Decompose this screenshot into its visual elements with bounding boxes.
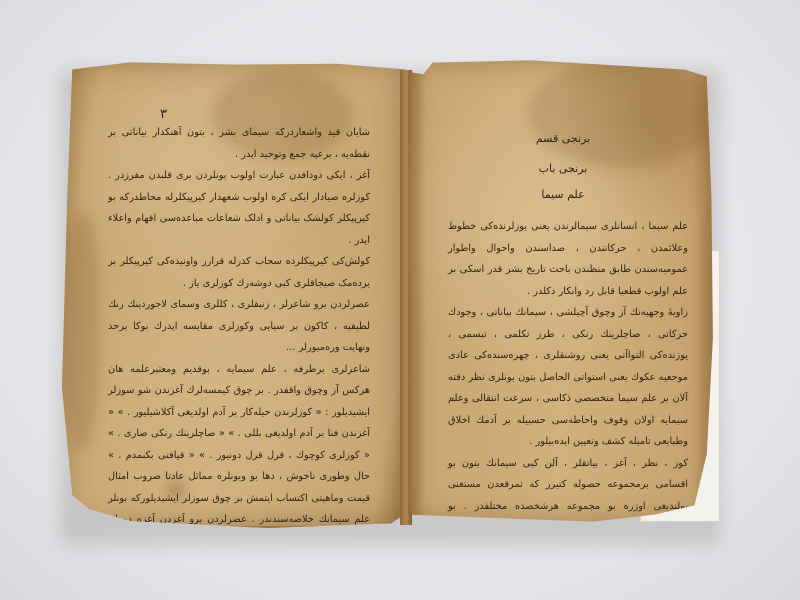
paragraph: عصرلردن برو شاعرلر ، زنبقلری ، کللری وسم… [108, 294, 370, 359]
edge-stain [62, 210, 102, 450]
chapter-heading: برنجی باب [498, 162, 628, 175]
paragraph: علم سیما ، انسانلری سیمالرندن یعنی یوزلر… [448, 216, 688, 302]
right-page: برنجی قسم برنجی باب علم سیما علم سیما ، … [408, 58, 716, 524]
section-title: علم سیما [498, 188, 628, 201]
paragraph: کولش‌کی کیرپیکلرده سحاب کدرله قرارر واون… [108, 251, 370, 294]
part-heading: برنجی قسم [498, 132, 628, 145]
water-stain [528, 58, 718, 168]
left-page: ٣ شایان قید واشعاردرکه سیمای بشر ، بتون … [62, 60, 405, 528]
paragraph: آغز ، ایکی دودافدن عبارت اولوب بونلردن ب… [108, 165, 370, 251]
page-number: ٣ [160, 107, 167, 122]
paragraph: زاویهٔ وجهیه‌نك آز وچوق آچیلشی ، سیمانك … [448, 302, 688, 453]
paragraph: شایان قید واشعاردرکه سیمای بشر ، بتون آه… [108, 122, 370, 165]
